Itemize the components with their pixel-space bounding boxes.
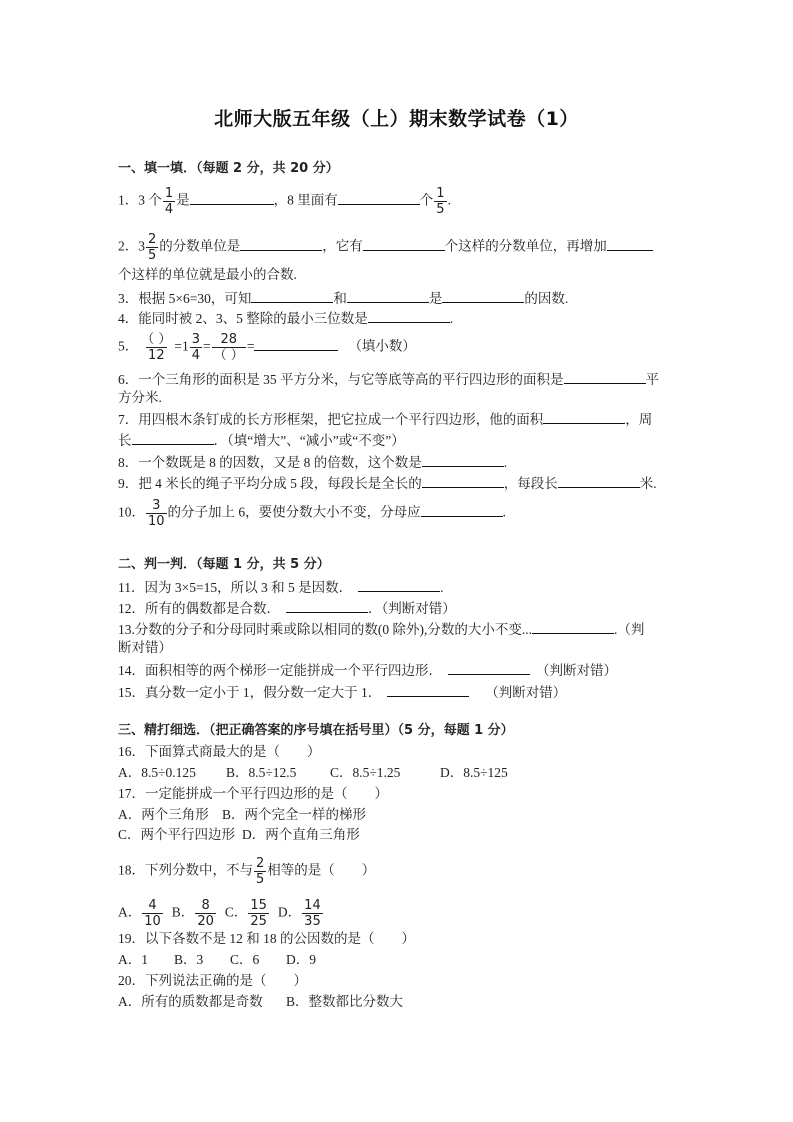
question-9: 9．把 4 米长的绳子平均分成 5 段，每段长是全长的，每段长米. bbox=[118, 473, 657, 493]
fraction: 14 bbox=[163, 186, 175, 217]
section-1-heading: 一、填一填．（每题 2 分，共 20 分） bbox=[118, 160, 339, 178]
question-10: 10．310的分子加上 6，要使分数大小不变，分母应. bbox=[118, 498, 506, 529]
fraction: 25 bbox=[146, 232, 158, 263]
question-19: 19．以下各数不是 12 和 18 的公因数的是（ ） bbox=[118, 930, 415, 948]
question-20-options: A．所有的质数都是奇数B．整数都比分数大 bbox=[118, 993, 403, 1011]
option-b[interactable]: B．整数都比分数大 bbox=[286, 993, 403, 1011]
answer-blank[interactable] bbox=[363, 236, 445, 251]
option-d[interactable]: D．9 bbox=[286, 951, 316, 969]
answer-blank[interactable] bbox=[448, 660, 530, 675]
answer-blank[interactable] bbox=[338, 190, 420, 205]
option-b[interactable]: B．3 bbox=[174, 951, 230, 969]
answer-blank[interactable] bbox=[132, 430, 214, 445]
option-a[interactable]: A．410 bbox=[118, 898, 164, 929]
answer-blank[interactable] bbox=[190, 190, 274, 205]
option-c[interactable]: C．8.5÷1.25 bbox=[330, 764, 440, 782]
option-d[interactable]: D．8.5÷125 bbox=[440, 764, 508, 782]
question-17-options-row1: A．两个三角形B．两个完全一样的梯形 bbox=[118, 806, 366, 824]
option-b[interactable]: B．8.5÷12.5 bbox=[226, 764, 330, 782]
answer-blank[interactable] bbox=[442, 288, 524, 303]
option-d[interactable]: D．1435 bbox=[278, 898, 324, 929]
question-13-cont: 断对错） bbox=[118, 639, 172, 657]
question-19-options: A．1B．3C．6D．9 bbox=[118, 951, 316, 969]
question-8: 8．一个数既是 8 的因数，又是 8 的倍数，这个数是. bbox=[118, 452, 507, 472]
question-4: 4．能同时被 2、3、5 整除的最小三位数是. bbox=[118, 308, 453, 328]
exam-page: 北师大版五年级（上）期末数学试卷（1） 一、填一填．（每题 2 分，共 20 分… bbox=[0, 0, 793, 1122]
fraction: 15 bbox=[434, 186, 446, 217]
question-5: 5．（ ）12=134=28（ ）=（填小数） bbox=[118, 332, 416, 363]
question-20: 20．下列说法正确的是（ ） bbox=[118, 972, 307, 990]
answer-blank[interactable] bbox=[240, 236, 322, 251]
option-b[interactable]: B．820 bbox=[172, 898, 217, 929]
answer-blank[interactable] bbox=[421, 502, 503, 517]
answer-blank[interactable] bbox=[607, 236, 653, 251]
answer-blank[interactable] bbox=[422, 473, 504, 488]
fraction: （ ）12 bbox=[139, 332, 173, 363]
page-title: 北师大版五年级（上）期末数学试卷（1） bbox=[0, 104, 793, 131]
answer-blank[interactable] bbox=[543, 409, 625, 424]
answer-blank[interactable] bbox=[422, 452, 504, 467]
fraction: 34 bbox=[190, 332, 202, 363]
option-a[interactable]: A．8.5÷0.125 bbox=[118, 764, 226, 782]
question-15: 15．真分数一定小于 1，假分数一定大于 1．（判断对错） bbox=[118, 682, 566, 702]
question-13: 13.分数的分子和分母同时乘或除以相同的数(0 除外),分数的大小不变....（… bbox=[118, 619, 644, 639]
question-16-options: A．8.5÷0.125B．8.5÷12.5C．8.5÷1.25D．8.5÷125 bbox=[118, 764, 508, 782]
option-c[interactable]: C．6 bbox=[230, 951, 286, 969]
question-18-options: A．410B．820C．1525D．1435 bbox=[118, 898, 324, 929]
question-6-cont: 方分米. bbox=[118, 389, 162, 407]
question-7-cont: 长．（填“增大”、“减小”或“不变”） bbox=[118, 430, 405, 450]
option-a[interactable]: A．1 bbox=[118, 951, 174, 969]
answer-blank[interactable] bbox=[368, 308, 450, 323]
question-12: 12．所有的偶数都是合数．．（判断对错） bbox=[118, 598, 456, 618]
answer-blank[interactable] bbox=[347, 288, 429, 303]
question-17-options-row2: C．两个平行四边形D．两个直角三角形 bbox=[118, 826, 360, 844]
answer-blank[interactable] bbox=[558, 473, 640, 488]
answer-blank[interactable] bbox=[532, 619, 614, 634]
question-17: 17．一定能拼成一个平行四边形的是（ ） bbox=[118, 785, 388, 803]
question-6: 6．一个三角形的面积是 35 平方分米，与它等底等高的平行四边形的面积是平 bbox=[118, 369, 659, 389]
question-7: 7．用四根木条钉成的长方形框架，把它拉成一个平行四边形，他的面积，周 bbox=[118, 409, 652, 429]
fraction: 310 bbox=[146, 498, 167, 529]
option-d[interactable]: D．两个直角三角形 bbox=[242, 826, 360, 844]
question-11: 11．因为 3×5=15，所以 3 和 5 是因数．. bbox=[118, 577, 443, 597]
option-a[interactable]: A．所有的质数都是奇数 bbox=[118, 993, 286, 1011]
answer-blank[interactable] bbox=[358, 577, 440, 592]
answer-blank[interactable] bbox=[254, 336, 338, 351]
fraction: 28（ ） bbox=[212, 332, 246, 363]
question-3: 3．根据 5×6=30，可知和是的因数. bbox=[118, 288, 568, 308]
option-a[interactable]: A．两个三角形 bbox=[118, 806, 222, 824]
question-14: 14．面积相等的两个梯形一定能拼成一个平行四边形．（判断对错） bbox=[118, 660, 617, 680]
answer-blank[interactable] bbox=[564, 369, 646, 384]
option-b[interactable]: B．两个完全一样的梯形 bbox=[222, 806, 366, 824]
option-c[interactable]: C．两个平行四边形 bbox=[118, 826, 242, 844]
section-3-heading: 三、精打细选．（把正确答案的序号填在括号里）（5 分，每题 1 分） bbox=[118, 722, 514, 740]
answer-blank[interactable] bbox=[387, 682, 469, 697]
question-16: 16．下面算式商最大的是（ ） bbox=[118, 743, 321, 761]
question-2-cont: 个这样的单位就是最小的合数. bbox=[118, 266, 297, 284]
question-2: 2．325的分数单位是，它有个这样的分数单位，再增加 bbox=[118, 232, 653, 263]
answer-blank[interactable] bbox=[251, 288, 333, 303]
section-2-heading: 二、判一判．（每题 1 分，共 5 分） bbox=[118, 556, 330, 574]
answer-blank[interactable] bbox=[286, 598, 368, 613]
fraction: 25 bbox=[254, 856, 266, 887]
option-c[interactable]: C．1525 bbox=[225, 898, 270, 929]
question-1: 1．3 个14是，8 里面有个15. bbox=[118, 186, 451, 217]
question-18: 18．下列分数中，不与25相等的是（ ） bbox=[118, 856, 375, 887]
